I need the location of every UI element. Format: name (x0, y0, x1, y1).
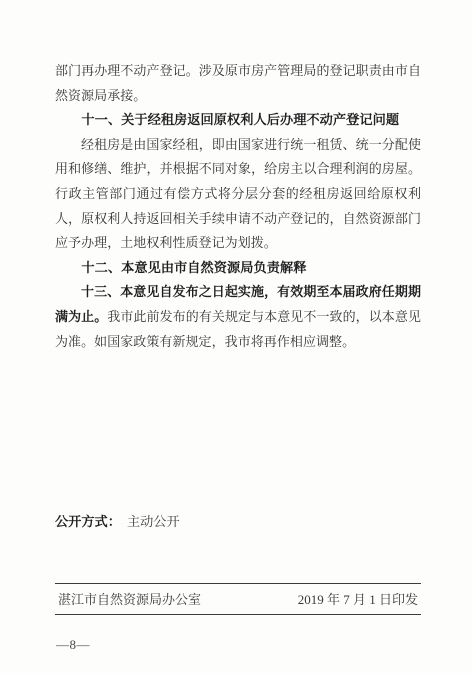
publicity-line: 公开方式：主动公开 (55, 513, 180, 531)
colophon-bar: 湛江市自然资源局办公室 2019 年 7 月 1 日印发 (55, 583, 421, 615)
print-date: 2019 年 7 月 1 日印发 (298, 589, 418, 608)
paragraph-jingzufang: 经租房是由国家经租，即由国家进行统一租赁、统一分配使用和修缮、维护，并根据不同对… (55, 133, 421, 256)
paragraph-section-13: 十三、本意见自发布之日起实施，有效期至本届政府任期期满为止。我市此前发布的有关规… (55, 280, 421, 354)
section-heading-12: 十二、本意见由市自然资源局负责解释 (55, 256, 421, 281)
document-body: 部门再办理不动产登记。涉及原市房产管理局的登记职责由市自然资源局承接。 十一、关… (55, 59, 421, 354)
publicity-label: 公开方式： (55, 514, 121, 529)
issuing-office: 湛江市自然资源局办公室 (58, 589, 201, 608)
publicity-value: 主动公开 (127, 514, 180, 529)
paragraph-continuation: 部门再办理不动产登记。涉及原市房产管理局的登记职责由市自然资源局承接。 (55, 59, 421, 108)
section-13-regular-text: 我市此前发布的有关规定与本意见不一致的，以本意见为准。如国家政策有新规定，我市将… (55, 309, 421, 349)
section-heading-11: 十一、关于经租房返回原权利人后办理不动产登记问题 (55, 108, 421, 133)
page-number: —8— (56, 637, 90, 653)
